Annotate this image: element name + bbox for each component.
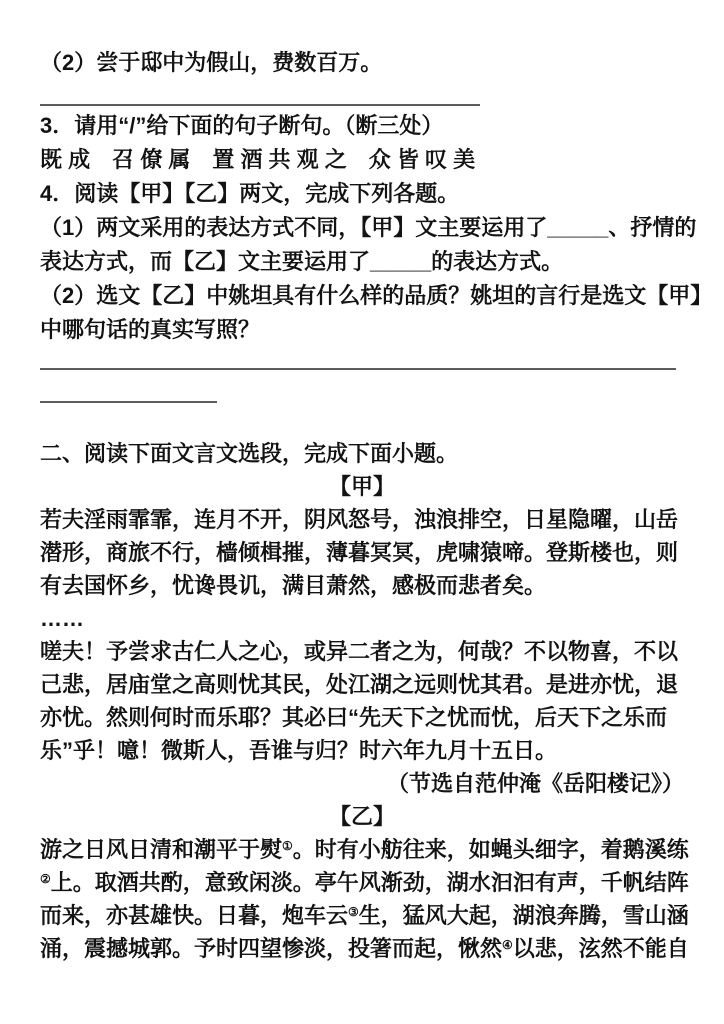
passage-jia-line: 有去国怀乡，忧谗畏讥，满目萧然，感极而悲者矣。 xyxy=(40,569,684,602)
passage-jia-line: 若夫淫雨霏霏，连月不开，阴风怒号，浊浪排空，日星隐曜，山岳 xyxy=(40,503,684,536)
label-yi: 【乙】 xyxy=(40,800,684,833)
question-4-1-line1: （1）两文采用的表达方式不同，【甲】文主要运用了_____、抒情的 xyxy=(40,211,684,245)
passage-jia-line: 己悲，居庙堂之高则忧其民，处江湖之远则忧其君。是进亦忧，退 xyxy=(40,668,684,701)
label-jia: 【甲】 xyxy=(40,470,684,503)
passage-ellipsis: …… xyxy=(40,602,684,635)
section-2-heading: 二、阅读下面文言文选段，完成下面小题。 xyxy=(40,437,684,470)
answer-line-short-bottom xyxy=(40,401,217,403)
question-3-sentence: 既 成 召 僚 属 置 酒 共 观 之 众 皆 叹 美 xyxy=(40,143,684,177)
passage-jia-line: 潜形，商旅不行，樯倾楫摧，薄暮冥冥，虎啸猿啼。登斯楼也，则 xyxy=(40,536,684,569)
question-4-prompt: 4．阅读【甲】【乙】两文，完成下列各题。 xyxy=(40,177,684,211)
question-3-prompt: 3．请用“/”给下面的句子断句。（断三处） xyxy=(40,109,684,143)
question-4-2-line1: （2）选文【乙】中姚坦具有什么样的品质？姚坦的言行是选文【甲】 xyxy=(40,279,684,313)
question-4-2-line2: 中哪句话的真实写照？ xyxy=(40,313,684,347)
passage-jia-line: 嗟夫！予尝求古仁人之心，或异二者之为，何哉？不以物喜，不以 xyxy=(40,635,684,668)
passage-yi-line: ②上。取酒共酌，意致闲淡。亭午风渐劲，湖水汩汩有声，千帆结阵 xyxy=(40,866,684,899)
passage-jia-line: 亦忧。然则何时而乐耶？其必曰“先天下之忧而忧，后天下之乐而 xyxy=(40,701,684,734)
passage-yi-line: 游之日风日清和潮平于熨①。时有小舫往来，如蝇头细字，着鹅溪练 xyxy=(40,833,684,866)
question-4-1-line2: 表达方式，而【乙】文主要运用了_____的表达方式。 xyxy=(40,245,684,279)
answer-line-long xyxy=(40,368,676,370)
passage-jia-citation: （节选自范仲淹《岳阳楼记》） xyxy=(40,767,684,800)
passage-jia-line: 乐”乎！噫！微斯人，吾谁与归？时六年九月十五日。 xyxy=(40,734,684,767)
passage-section: 二、阅读下面文言文选段，完成下面小题。 【甲】 若夫淫雨霏霏，连月不开，阴风怒号… xyxy=(40,437,684,965)
question-2-translation: （2）尝于邸中为假山，费数百万。 xyxy=(40,46,684,79)
questions-block: 3．请用“/”给下面的句子断句。（断三处） 既 成 召 僚 属 置 酒 共 观 … xyxy=(40,109,684,347)
exam-page: （2）尝于邸中为假山，费数百万。 3．请用“/”给下面的句子断句。（断三处） 既… xyxy=(0,0,724,1024)
answer-line-short-top xyxy=(40,104,480,106)
passage-yi-line: 涌，震撼城郭。予时四望惨淡，投箸而起，愀然④以悲，泫然不能自 xyxy=(40,932,684,965)
passage-yi-line: 而来，亦甚雄快。日暮，炮车云③生，猛风大起，湖浪奔腾，雪山涵 xyxy=(40,899,684,932)
